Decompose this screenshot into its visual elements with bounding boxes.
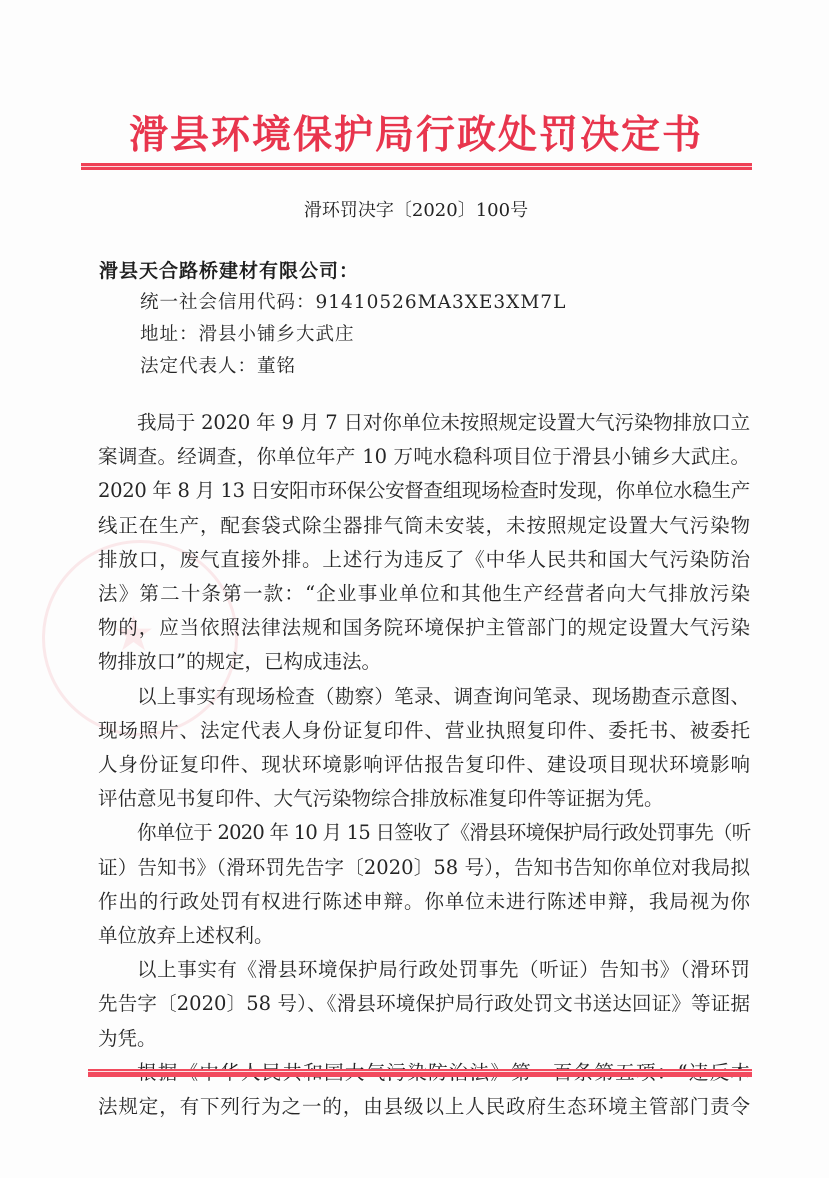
body-line: 先告字〔2020〕58 号）、《滑县环境保护局行政处罚文书送达回证》等证据 (98, 991, 750, 1017)
body-line: 线正在生产，配套袋式除尘器排气筒未安装，未按照规定设置大气污染物 (98, 513, 750, 539)
body-line: 法》第二十条第一款：“企业事业单位和其他生产经营者向大气排放污染 (98, 581, 750, 607)
body-line: 以上事实有《滑县环境保护局行政处罚事先（听证）告知书》（滑环罚 (137, 957, 750, 983)
body-line: 以上事实有现场检查（勘察）笔录、调查询问笔录、现场勘查示意图、 (137, 684, 750, 710)
body-line: 排放口，废气直接外排。上述行为违反了《中华人民共和国大气污染防治 (98, 547, 750, 573)
document-page: ★ 滑县环境保护局行政处罚决定书 滑环罚决字〔2020〕100号 滑县天合路桥建… (0, 0, 829, 1178)
body-line: 2020 年 8 月 13 日安阳市环保公安督查组现场检查时发现，你单位水稳生产 (98, 478, 750, 504)
body-line: 物排放口”的规定，已构成违法。 (98, 649, 750, 675)
credit-code: 统一社会信用代码：91410526MA3XE3XM7L (140, 290, 566, 316)
document-title: 滑县环境保护局行政处罚决定书 (80, 110, 752, 160)
body-line: 你单位于 2020 年 10 月 15 日签收了《滑县环境保护局行政处罚事先（听 (137, 820, 750, 846)
addressee-company: 滑县天合路桥建材有限公司： (99, 258, 359, 284)
document-number: 滑环罚决字〔2020〕100号 (80, 198, 752, 224)
body-line: 案调查。经调查，你单位年产 10 万吨水稳科项目位于滑县小铺乡大武庄。 (98, 444, 750, 470)
body-line: 作出的行政处罚有权进行陈述申辩。你单位未进行陈述申辩，我局视为你 (98, 889, 750, 915)
body-line: 现场照片、法定代表人身份证复印件、营业执照复印件、委托书、被委托 (98, 718, 750, 744)
body-line: 评估意见书复印件、大气污染物综合排放标准复印件等证据为凭。 (98, 786, 750, 812)
body-line: 我局于 2020 年 9 月 7 日对你单位未按照规定设置大气污染物排放口立 (137, 410, 750, 436)
body-line: 法规定，有下列行为之一的，由县级以上人民政府生态环境主管部门责令 (98, 1094, 750, 1120)
company-address: 地址：滑县小铺乡大武庄 (140, 322, 355, 348)
header-red-rule (81, 163, 752, 170)
body-line: 人身份证复印件、现状环境影响评估报告复印件、建设项目现状环境影响 (98, 752, 750, 778)
body-line: 证）告知书》（滑环罚先告字〔2020〕58 号），告知书告知你单位对我局拟 (98, 855, 750, 881)
footer-red-rule (88, 1069, 752, 1077)
body-line: 为凭。 (98, 1026, 750, 1052)
body-line: 单位放弃上述权利。 (98, 923, 750, 949)
legal-representative: 法定代表人：董铭 (140, 354, 296, 380)
body-line: 物的，应当依照法律法规和国务院环境保护主管部门的规定设置大气污染 (98, 615, 750, 641)
